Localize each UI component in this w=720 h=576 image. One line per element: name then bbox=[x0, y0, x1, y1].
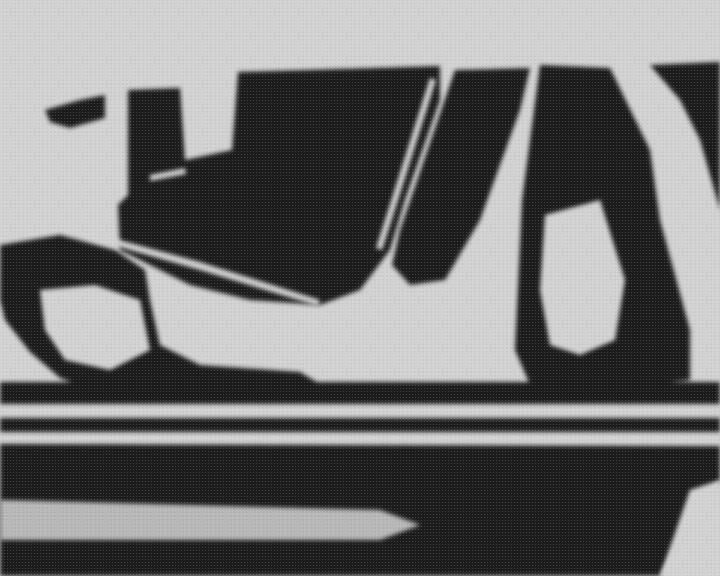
photograph: Grainy black-and-white photograph of a b… bbox=[0, 0, 720, 576]
silhouette-figure bbox=[0, 0, 720, 576]
